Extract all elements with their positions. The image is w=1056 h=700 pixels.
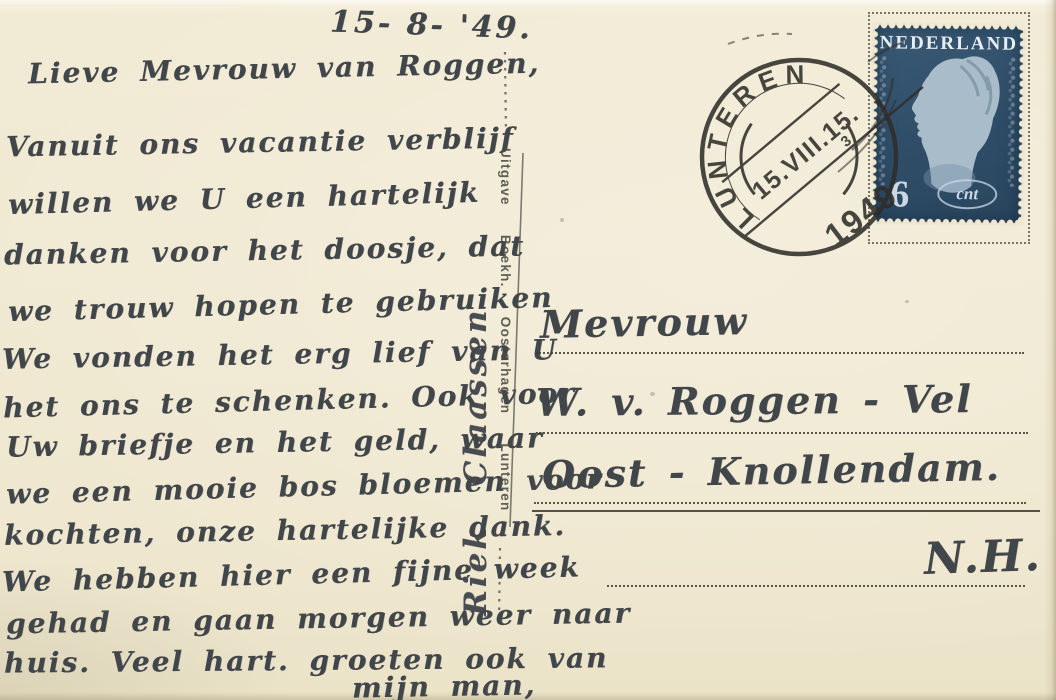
address-ruled-line-4 <box>607 585 1025 587</box>
vertical-signature: Riek Claassen <box>458 232 494 616</box>
address-line-recipient: Mevrouw <box>540 298 749 347</box>
publisher-imprint: Uitgave Boekh. Oosterhagen Lunteren <box>498 148 513 560</box>
postmark-town: LUNTEREN <box>701 59 812 235</box>
speck <box>650 392 655 396</box>
message-line-14: mijn man, <box>352 668 537 700</box>
svg-text:LUNTEREN: LUNTEREN <box>701 59 812 235</box>
postcard-scan: { "postcard": { "date_note": "15- 8- '49… <box>0 0 1056 700</box>
card-right-edge <box>1044 0 1056 700</box>
message-line-1: Lieve Mevrouw van Roggen, <box>28 47 541 91</box>
stamp-country-label: NEDERLAND <box>875 32 1023 56</box>
stamp-currency-label: cnt <box>956 184 978 204</box>
speck <box>560 218 564 222</box>
message-line-9: we een mooie bos bloemen voor <box>6 462 604 511</box>
address-ruled-line-3-dotted <box>534 502 1026 504</box>
postage-stamp: NEDERLAND 6 cnt <box>873 25 1023 223</box>
message-line-2: Vanuit ons vacantie verblijf <box>6 122 515 164</box>
handwritten-date: 15- 8- '49. <box>329 4 533 46</box>
address-ruled-line-2 <box>536 432 1028 434</box>
message-line-12: gehad en gaan morgen weer naar <box>6 597 632 641</box>
message-line-4: danken voor het doosje, dat <box>4 229 526 271</box>
card-top-edge <box>0 0 1056 6</box>
postmark-index: 3 <box>838 132 855 150</box>
address-line-town: Oost - Knollendam. <box>542 444 1002 497</box>
address-line-province: N.H. <box>923 530 1042 585</box>
stamp-border-ornament-right <box>1005 57 1019 187</box>
address-line-name: W. v. Roggen - Vel <box>536 376 973 425</box>
stamp-value-numeral: 6 <box>890 172 909 216</box>
message-line-11: We hebben hier een fijne week <box>2 550 582 598</box>
speck <box>905 300 909 303</box>
stamp-currency-oval: cnt <box>937 179 997 210</box>
address-ruled-line-1 <box>536 352 1024 354</box>
stamp-border-ornament-left <box>876 55 890 185</box>
postmark-date: 15.VIII.15. <box>747 100 865 205</box>
message-line-3: willen we U een hartelijk <box>8 176 481 221</box>
address-ruled-line-3-solid <box>532 510 1040 512</box>
